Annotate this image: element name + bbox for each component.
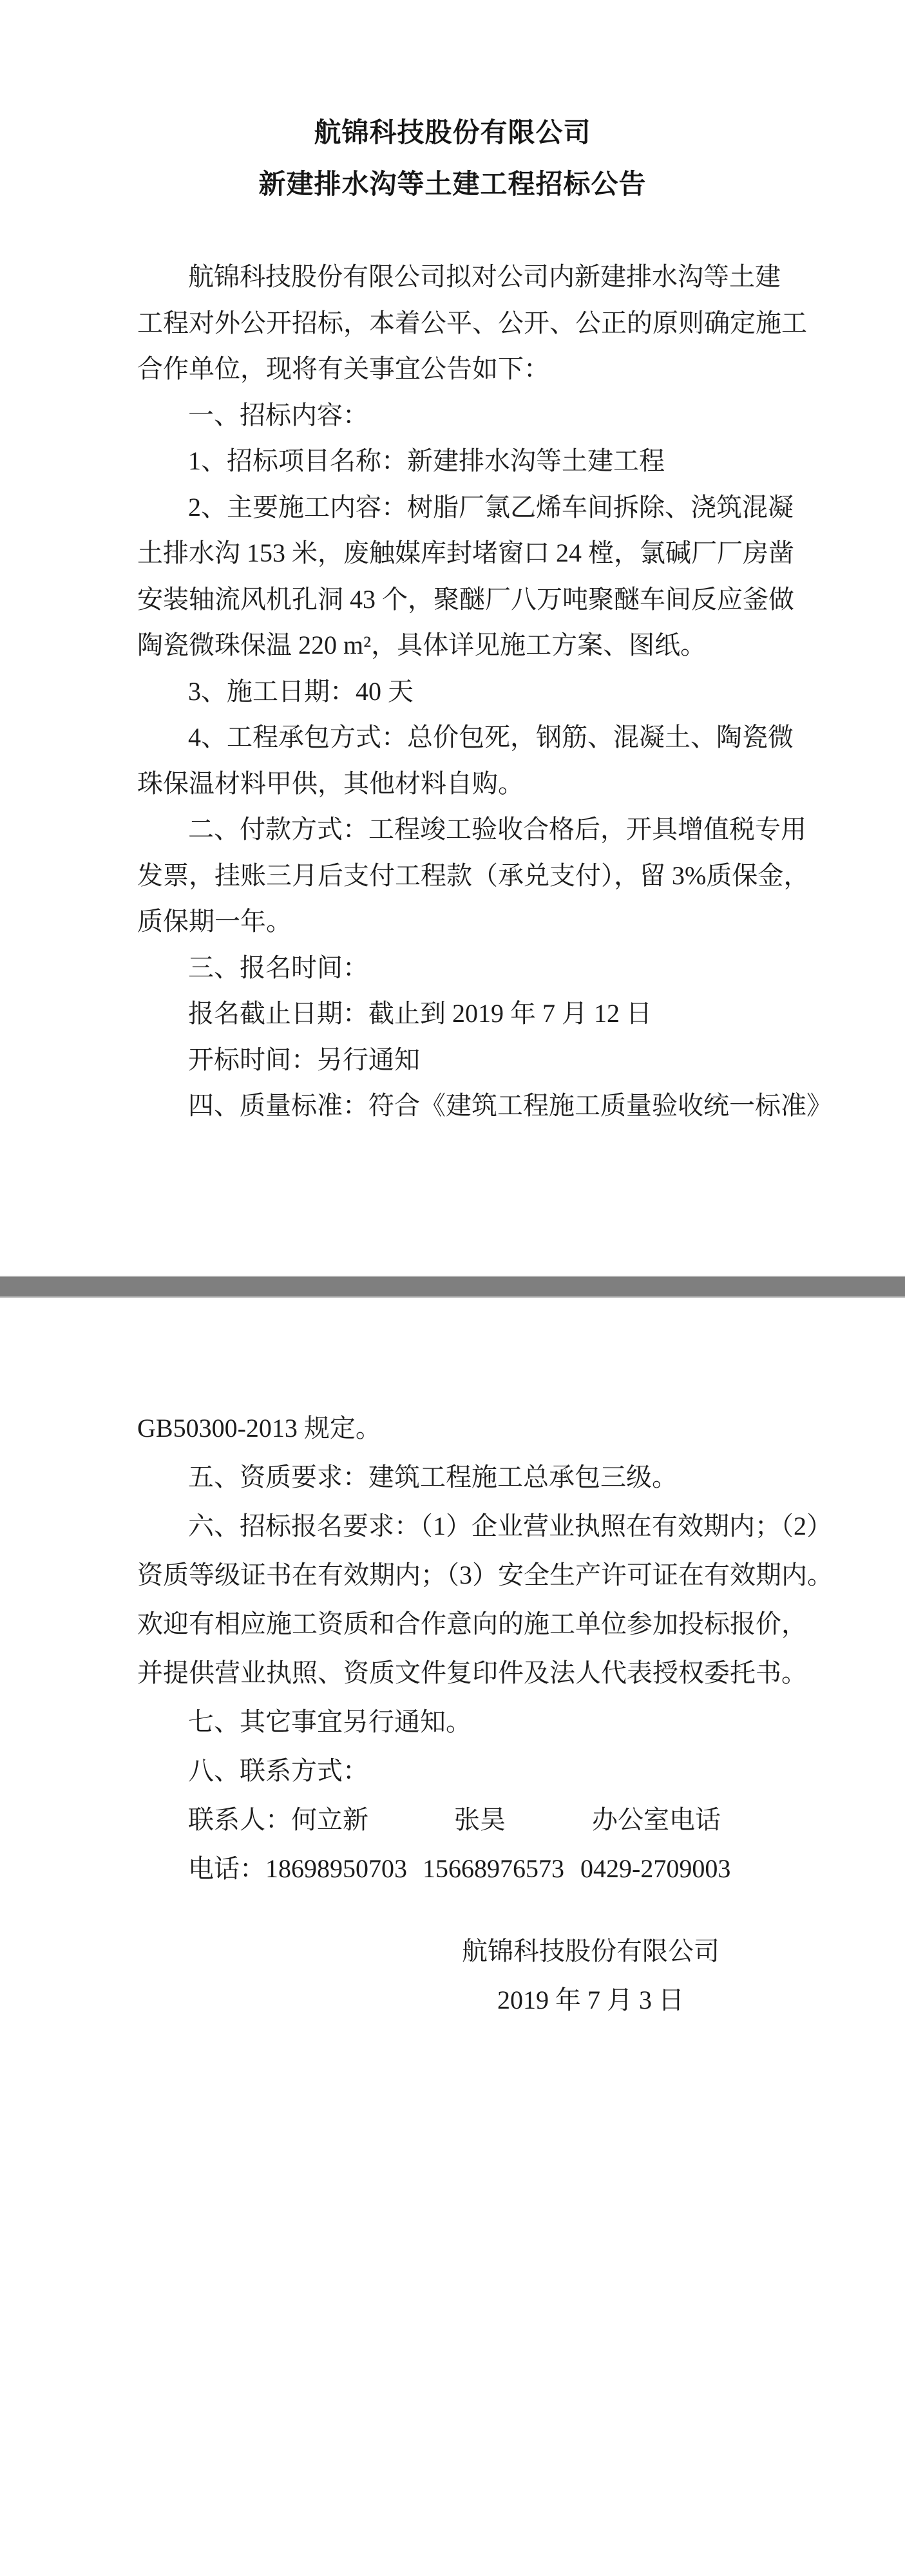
text-line: 欢迎有相应施工资质和合作意向的施工单位参加投标报价，: [137, 1600, 817, 1649]
contact-person-2: 张昊: [454, 1795, 506, 1844]
contact-phone-2: 15668976573: [423, 1844, 564, 1893]
text-line: 开标时间：另行通知: [137, 1037, 817, 1083]
text-line: 报名截止日期：截止到 2019 年 7 月 12 日: [137, 990, 817, 1037]
text-line: 并提供营业执照、资质文件复印件及法人代表授权委托书。: [137, 1649, 817, 1698]
text-line: 资质等级证书在有效期内；（3）安全生产许可证在有效期内。: [137, 1551, 817, 1600]
contact-phone-label: 电话：: [188, 1854, 265, 1883]
text-line: 4、工程承包方式：总价包死，钢筋、混凝土、陶瓷微: [137, 714, 817, 761]
announcement-title: 新建排水沟等土建工程招标公告: [0, 158, 905, 210]
contact-persons-label: 联系人：: [188, 1805, 291, 1834]
text-line: 一、招标内容：: [137, 392, 817, 439]
document-title-block: 航锦科技股份有限公司 新建排水沟等土建工程招标公告: [0, 107, 905, 210]
signature-company: 航锦科技股份有限公司: [462, 1927, 719, 1976]
text-line: 六、招标报名要求：（1）企业营业执照在有效期内；（2）: [137, 1502, 817, 1551]
text-line: 3、施工日期：40 天: [137, 668, 817, 715]
contact-phone-3: 0429-2709003: [580, 1844, 730, 1893]
text-line: 1、招标项目名称：新建排水沟等土建工程: [137, 438, 817, 484]
scanned-document-page: 航锦科技股份有限公司 新建排水沟等土建工程招标公告 航锦科技股份有限公司拟对公司…: [0, 0, 905, 2576]
contact-person-3: 办公室电话: [592, 1795, 721, 1844]
text-line: 五、资质要求：建筑工程施工总承包三级。: [137, 1453, 817, 1502]
text-line: 发票，挂账三月后支付工程款（承兑支付），留 3%质保金，: [137, 853, 817, 899]
text-line: 四、质量标准：符合《建筑工程施工质量验收统一标准》: [137, 1083, 817, 1129]
text-line: 土排水沟 153 米，废触媒库封堵窗口 24 樘，氯碱厂厂房凿: [137, 530, 817, 576]
text-line: GB50300-2013 规定。: [137, 1404, 817, 1453]
page2-body: GB50300-2013 规定。五、资质要求：建筑工程施工总承包三级。六、招标报…: [137, 1404, 817, 1893]
signature-date: 2019 年 7 月 3 日: [462, 1976, 719, 2025]
text-line: 八、联系方式：: [137, 1747, 817, 1795]
signature-block: 航锦科技股份有限公司 2019 年 7 月 3 日: [462, 1927, 719, 2025]
text-line: 珠保温材料甲供，其他材料自购。: [137, 761, 817, 807]
page-separator-band: [0, 1276, 905, 1298]
contact-phones-line: 电话：18698950703156689765730429-2709003: [137, 1844, 817, 1893]
company-title: 航锦科技股份有限公司: [0, 107, 905, 158]
text-line: 七、其它事宜另行通知。: [137, 1698, 817, 1747]
text-line: 二、付款方式：工程竣工验收合格后，开具增值税专用: [137, 806, 817, 853]
contact-phone-1: 18698950703: [265, 1854, 407, 1883]
contact-persons-line: 联系人：何立新张昊办公室电话: [137, 1795, 817, 1844]
text-line: 工程对外公开招标，本着公平、公开、公正的原则确定施工: [137, 300, 817, 346]
text-line: 安装轴流风机孔洞 43 个，聚醚厂八万吨聚醚车间反应釜做: [137, 576, 817, 623]
text-line: 航锦科技股份有限公司拟对公司内新建排水沟等土建: [137, 254, 817, 300]
page2-lines: GB50300-2013 规定。五、资质要求：建筑工程施工总承包三级。六、招标报…: [137, 1404, 817, 1795]
text-line: 2、主要施工内容：树脂厂氯乙烯车间拆除、浇筑混凝: [137, 484, 817, 531]
text-line: 陶瓷微珠保温 220 m²，具体详见施工方案、图纸。: [137, 622, 817, 668]
page1-body: 航锦科技股份有限公司拟对公司内新建排水沟等土建工程对外公开招标，本着公平、公开、…: [137, 254, 817, 1129]
text-line: 合作单位，现将有关事宜公告如下：: [137, 346, 817, 392]
text-line: 质保期一年。: [137, 898, 817, 945]
text-line: 三、报名时间：: [137, 945, 817, 991]
contact-person-1: 何立新: [291, 1805, 368, 1834]
